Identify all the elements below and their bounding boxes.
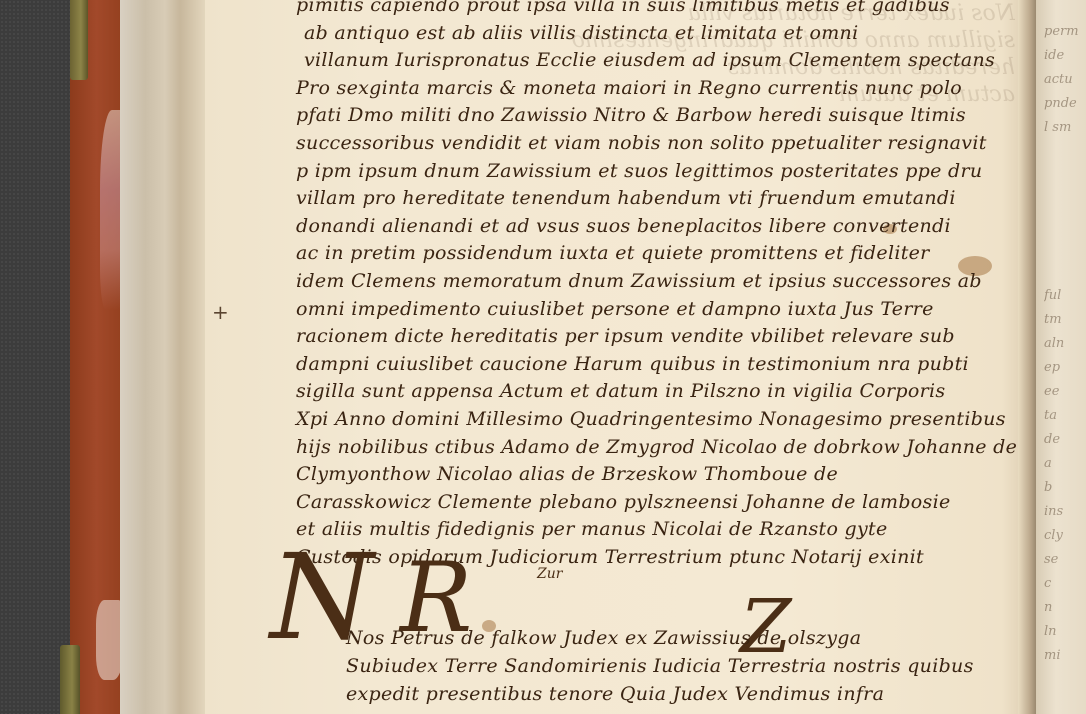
text-line: sigilla sunt appensa Actum et datum in P… <box>296 378 1016 406</box>
text-line: Carasskowicz Clemente plebano pylszneens… <box>296 489 1016 517</box>
text-line: Nos Petrus de falkow Judex ex Zawissius … <box>346 624 1026 652</box>
page-edge <box>1018 0 1038 714</box>
text-line: donandi alienandi et ad vsus suos benepl… <box>296 213 1016 241</box>
text-line: idem Clemens memoratum dnum Zawissium et… <box>296 268 1016 296</box>
text-line: Xpi Anno domini Millesimo Quadringentesi… <box>296 406 1016 434</box>
metal-clip-top <box>70 0 88 80</box>
text-line: Subiudex Terre Sandomirienis Iudicia Ter… <box>346 652 1026 680</box>
text-line: successoribus vendidit et viam nobis non… <box>296 130 1016 158</box>
text-line: pfati Dmo militi dno Zawissio Nitro & Ba… <box>296 102 1016 130</box>
text-line: Pro sexginta marcis & moneta maiori in R… <box>296 75 1016 103</box>
text-line: et aliis multis fidedignis per manus Nic… <box>296 516 1016 544</box>
background-felt <box>0 0 70 714</box>
text-line: racionem dicte hereditatis per ipsum ven… <box>296 323 1016 351</box>
text-line: villanum Iurispronatus Ecclie eiusdem ad… <box>296 47 1016 75</box>
lower-text-block: Nos Petrus de falkow Judex ex Zawissius … <box>346 624 1026 708</box>
main-text-block: pimitis capiendo prout ipsa villa in sui… <box>296 0 1016 571</box>
text-line: ac in pretim possidendum iuxta et quiete… <box>296 240 1016 268</box>
text-line: pimitis capiendo prout ipsa villa in sui… <box>296 0 1016 20</box>
text-line: expedit presentibus tenore Quia Judex Ve… <box>346 680 1026 708</box>
text-line: p ipm ipsum dnum Zawissium et suos legit… <box>296 158 1016 186</box>
heading-note: Zur <box>537 566 562 582</box>
margin-cross-mark: + <box>212 300 229 324</box>
metal-clip-bottom <box>60 645 80 714</box>
text-line: ab antiquo est ab aliis villis distincta… <box>296 20 1016 48</box>
text-line: dampni cuiuslibet caucione Harum quibus … <box>296 351 1016 379</box>
text-line: hijs nobilibus ctibus Adamo de Zmygrod N… <box>296 434 1016 462</box>
adjacent-page-text: permideactupndel smfultmalnepeetadeabins… <box>1044 20 1086 668</box>
text-line: Clymyonthow Nicolao alias de Brzeskow Th… <box>296 461 1016 489</box>
text-line: omni impedimento cuiuslibet persone et d… <box>296 296 1016 324</box>
text-line: villam pro hereditate tenendum habendum … <box>296 185 1016 213</box>
